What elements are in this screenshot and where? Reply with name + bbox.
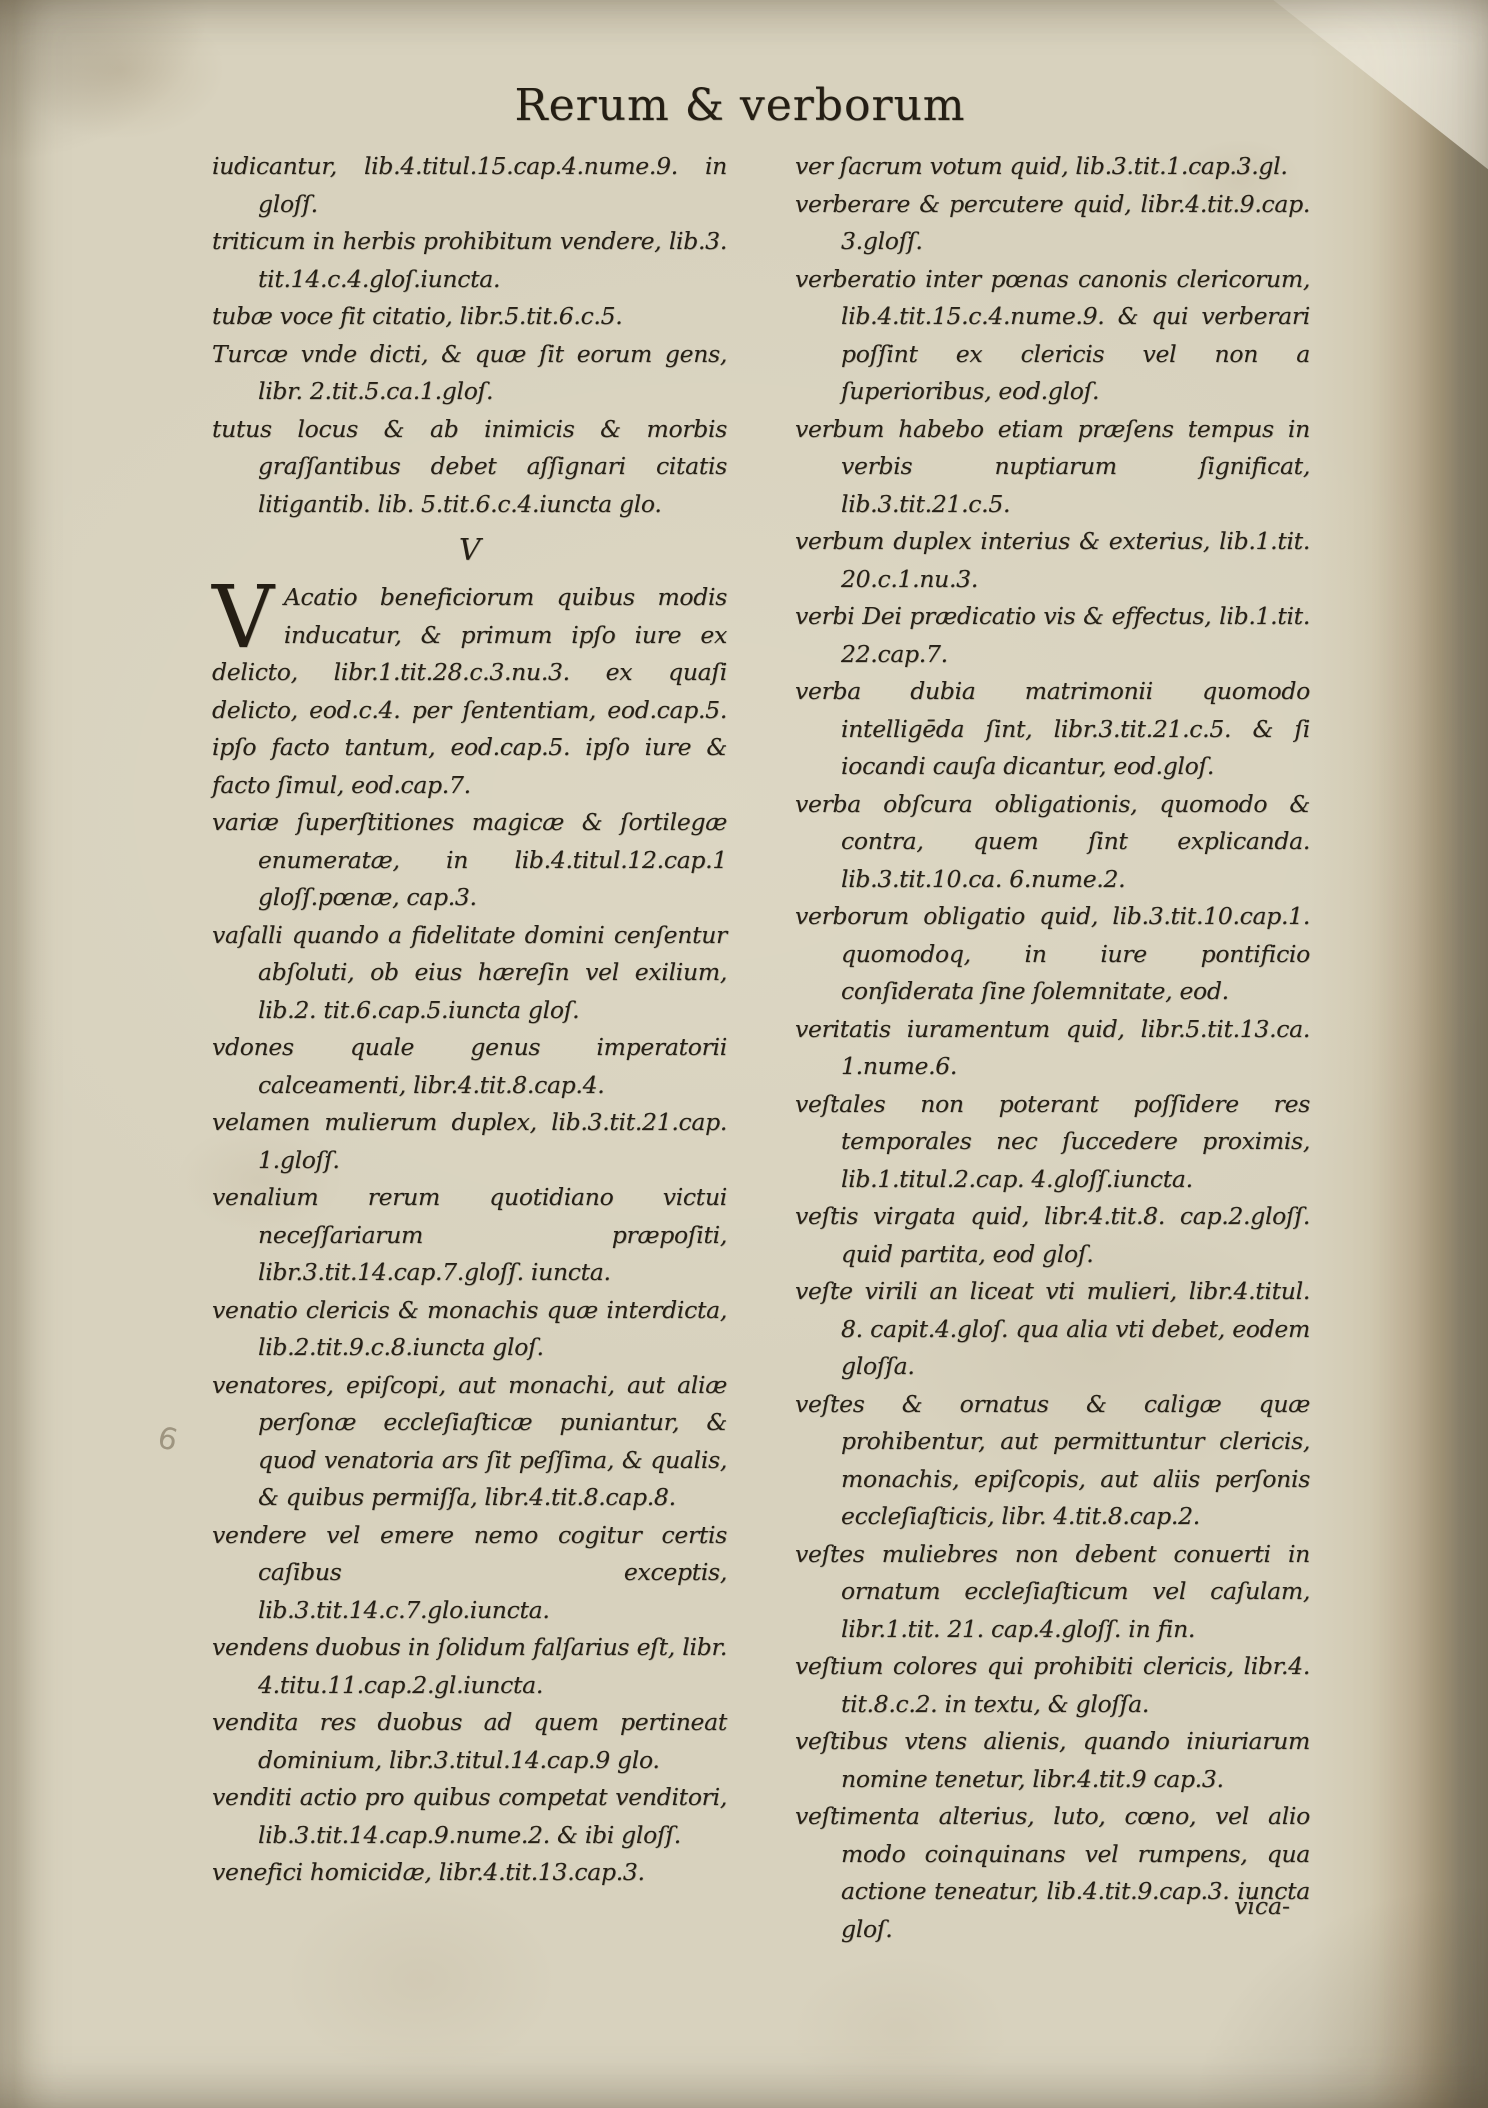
index-entry: iudicantur, lib.4.titul.15.cap.4.nume.9.… [212,148,727,223]
index-entry: verberare & percutere quid, libr.4.tit.9… [795,186,1310,261]
index-column-right: ver ſacrum votum quid, lib.3.tit.1.cap.3… [795,148,1310,1948]
index-entry: variæ ſuperſtitiones magicæ & ſortilegæ … [212,804,727,917]
index-entries-v-right: ver ſacrum votum quid, lib.3.tit.1.cap.3… [795,148,1310,1948]
catchword: vica- [1050,1895,1290,1919]
index-entry: verbum habebo etiam præſens tempus in ve… [795,411,1310,524]
index-entry: veſte virili an liceat vti mulieri, libr… [795,1273,1310,1386]
index-entry: verbi Dei prædicatio vis & effectus, lib… [795,598,1310,673]
book-page-scan: Rerum & verborum iudicantur, lib.4.titul… [0,0,1488,2108]
index-entry: veritatis iuramentum quid, libr.5.tit.13… [795,1011,1310,1086]
index-entry: venatores, epiſcopi, aut monachi, aut al… [212,1367,727,1517]
index-entry: venditi actio pro quibus competat vendit… [212,1779,727,1854]
index-entry: tubæ voce fit citatio, libr.5.tit.6.c.5. [212,298,727,336]
index-entry: tutus locus & ab inimicis & morbis graſſ… [212,411,727,524]
index-entry: verberatio inter pœnas canonis clericoru… [795,261,1310,411]
index-entry: vaſalli quando a fidelitate domini cenſe… [212,917,727,1030]
index-entry: triticum in herbis prohibitum vendere, l… [212,223,727,298]
index-entry: vdones quale genus imperatorii calceamen… [212,1029,727,1104]
index-entry: vendita res duobus ad quem pertineat dom… [212,1704,727,1779]
running-title: Rerum & verborum [240,84,1240,128]
index-entries-top: iudicantur, lib.4.titul.15.cap.4.nume.9.… [212,148,727,523]
index-entry-vacatio: VAcatio beneficiorum quibus modis induca… [212,579,727,804]
index-entry: veſtes muliebres non debent conuerti in … [795,1536,1310,1649]
index-entry: verba obſcura obligationis, quomodo & co… [795,786,1310,899]
index-entry: veſtibus vtens alienis, quando iniuriaru… [795,1723,1310,1798]
dropcap-initial-v: V [212,583,274,653]
index-entry: veſtium colores qui prohibiti clericis, … [795,1648,1310,1723]
index-entry: veſtales non poterant poſſidere res temp… [795,1086,1310,1199]
index-entry: verba dubia matrimonii quomodo intelligē… [795,673,1310,786]
index-entry: verborum obligatio quid, lib.3.tit.10.ca… [795,898,1310,1011]
index-entry: vendere vel emere nemo cogitur certis ca… [212,1517,727,1630]
index-entries-v-left: variæ ſuperſtitiones magicæ & ſortilegæ … [212,804,727,1892]
index-entry: veſtimenta alterius, luto, cœno, vel ali… [795,1798,1310,1948]
index-column-left: iudicantur, lib.4.titul.15.cap.4.nume.9.… [212,148,727,1892]
index-entry: veſtis virgata quid, libr.4.tit.8. cap.2… [795,1198,1310,1273]
index-entry: venatio clericis & monachis quæ interdic… [212,1292,727,1367]
section-heading-v: V [212,523,727,579]
index-entry: venefici homicidæ, libr.4.tit.13.cap.3. [212,1854,727,1892]
index-entry: venalium rerum quotidiano victui neceſſa… [212,1179,727,1292]
index-entry: velamen mulierum duplex, lib.3.tit.21.ca… [212,1104,727,1179]
index-entry: veſtes & ornatus & caligæ quæ prohibentu… [795,1386,1310,1536]
index-entry: Turcæ vnde dicti, & quæ ſit eorum gens, … [212,336,727,411]
index-entry: verbum duplex interius & exterius, lib.1… [795,523,1310,598]
index-entry: ver ſacrum votum quid, lib.3.tit.1.cap.3… [795,148,1310,186]
index-entry: vendens duobus in ſolidum falſarius eſt,… [212,1629,727,1704]
dropcap-entry-text: Acatio beneficiorum quibus modis inducat… [212,583,727,799]
